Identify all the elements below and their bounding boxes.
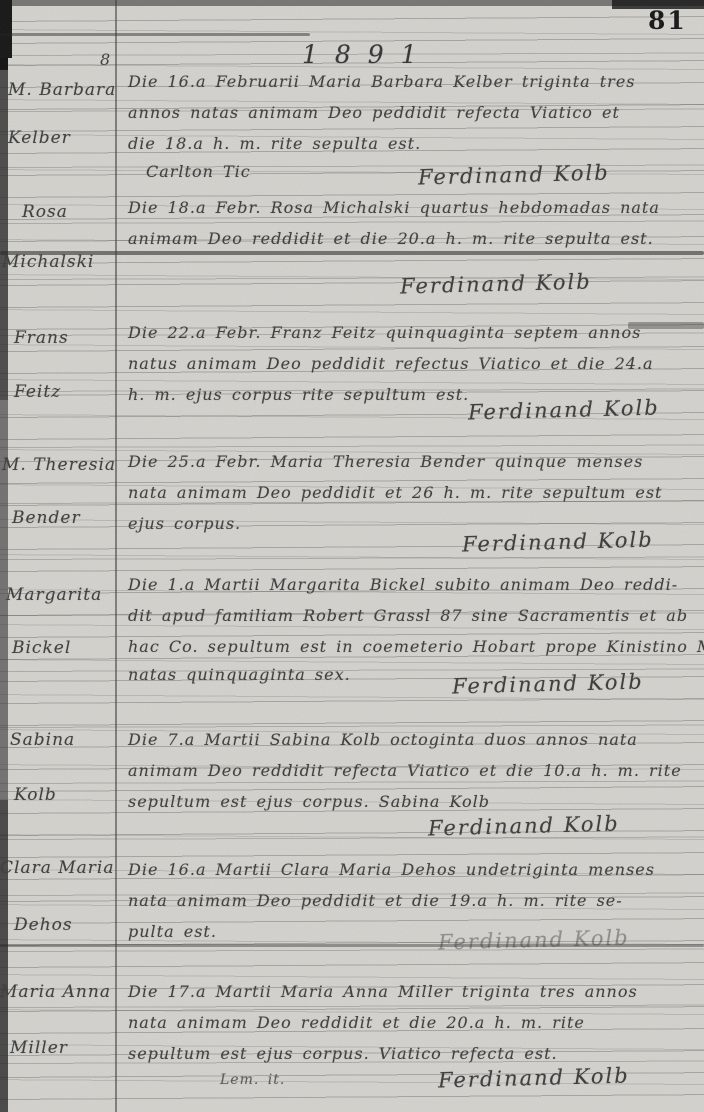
- scan-edge-top: [0, 0, 704, 6]
- entry-text-line: nata animam Deo reddidit et die 20.a h. …: [128, 1013, 585, 1032]
- margin-name: M. Barbara: [8, 80, 116, 100]
- margin-name: Michalski: [2, 252, 94, 272]
- register-page: 81 1891 8 M. Barbara Kelber Rosa Michals…: [0, 0, 704, 1112]
- entry-text-line: Lem. it.: [220, 1072, 285, 1088]
- entry-text-line: Die 16.a Martii Clara Maria Dehos undetr…: [128, 860, 655, 879]
- entry-text-line: sepultum est ejus corpus. Viatico refect…: [128, 1044, 558, 1063]
- priest-signature: Ferdinand Kolb: [452, 669, 644, 698]
- ink-smear: [0, 251, 704, 255]
- entry-text-line: pulta est.: [128, 922, 217, 941]
- entry-text-line: Die 17.a Martii Maria Anna Miller trigin…: [128, 982, 638, 1001]
- priest-signature: Ferdinand Kolb: [462, 527, 654, 556]
- margin-name: M. Theresia: [2, 455, 116, 475]
- margin-name: Bickel: [12, 638, 71, 658]
- entry-text-line: h. m. ejus corpus rite sepultum est.: [128, 385, 469, 404]
- margin-name: Feitz: [14, 382, 61, 402]
- entry-text-line: natus animam Deo peddidit refectus Viati…: [128, 354, 654, 373]
- margin-name: Kolb: [14, 785, 57, 805]
- entry-text-line: Die 7.a Martii Sabina Kolb octoginta duo…: [128, 730, 638, 749]
- entry-text-line: Die 18.a Febr. Rosa Michalski quartus he…: [128, 198, 660, 217]
- margin-divider-line: [115, 0, 117, 1112]
- priest-signature: Ferdinand Kolb: [428, 811, 620, 840]
- margin-name: Sabina: [10, 730, 75, 750]
- entry-text-line: natas quinquaginta sex.: [128, 665, 351, 684]
- year-heading: 1891: [302, 40, 434, 69]
- entry-text-line: Die 16.a Februarii Maria Barbara Kelber …: [128, 72, 636, 91]
- entry-text-line: sepultum est ejus corpus. Sabina Kolb: [128, 792, 490, 811]
- scan-corner-top-left: [0, 0, 12, 58]
- entry-text-line: die 18.a h. m. rite sepulta est.: [128, 134, 421, 153]
- priest-signature: Ferdinand Kolb: [438, 925, 630, 954]
- entry-text-line: animam Deo reddidit refecta Viatico et d…: [128, 761, 682, 780]
- margin-name: Miller: [10, 1038, 68, 1058]
- entry-text-line: animam Deo reddidit et die 20.a h. m. ri…: [128, 229, 654, 248]
- margin-name: Dehos: [14, 915, 73, 935]
- margin-name: Rosa: [22, 202, 68, 222]
- priest-signature: Ferdinand Kolb: [400, 269, 592, 298]
- entry-text-line: dit apud familiam Robert Grassl 87 sine …: [128, 606, 688, 625]
- entry-text-line: annos natas animam Deo peddidit refecta …: [128, 103, 620, 122]
- entry-text-line: Die 25.a Febr. Maria Theresia Bender qui…: [128, 452, 643, 471]
- entry-text-line: nata animam Deo peddidit et 26 h. m. rit…: [128, 483, 662, 502]
- margin-name: Maria Anna: [0, 982, 111, 1002]
- margin-name: Frans: [14, 328, 69, 348]
- margin-name: Margarita: [6, 585, 102, 605]
- entry-number-mark: 8: [100, 50, 110, 69]
- entry-text-line: ejus corpus.: [128, 514, 241, 533]
- entry-text-line: nata animam Deo peddidit et die 19.a h. …: [128, 891, 623, 910]
- margin-name: Bender: [12, 508, 81, 528]
- margin-name: Kelber: [8, 128, 71, 148]
- priest-signature: Ferdinand Kolb: [418, 160, 610, 189]
- ink-smear: [0, 33, 310, 36]
- margin-name: Clara Maria: [0, 858, 115, 878]
- entry-text-line: Die 1.a Martii Margarita Bickel subito a…: [128, 575, 678, 594]
- folio-number: 81: [648, 6, 687, 35]
- entry-text-line: Die 22.a Febr. Franz Feitz quinquaginta …: [128, 323, 641, 342]
- priest-signature: Ferdinand Kolb: [438, 1063, 630, 1092]
- entry-text-line: Carlton Tic: [146, 162, 251, 181]
- priest-signature: Ferdinand Kolb: [468, 395, 660, 424]
- entry-text-line: hac Co. sepultum est in coemeterio Hobar…: [128, 637, 704, 656]
